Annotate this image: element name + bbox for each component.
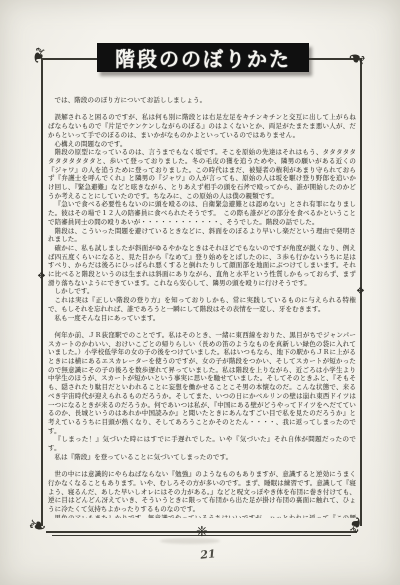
paragraph: これは実は『正しい階段の登り方』を知っておりしかも、常に実践しているものに与えら…	[48, 296, 356, 313]
paragraph: では、階段ののぼり方についてお話ししましょう。	[48, 96, 356, 105]
paragraph: 心構えの問題なのです。	[48, 140, 356, 149]
page-number: 21	[197, 547, 218, 562]
paragraph: 誤解されると困るのですが、私は何も別に階段とは右足左足をキチンキチンと交互に出し…	[48, 113, 356, 139]
frame-left-line	[41, 58, 43, 526]
floral-corner-top-left-icon: ❧	[25, 44, 50, 66]
body-text: では、階段ののぼり方についてお話ししましょう。誤解されると困るのですが、私は何も…	[48, 96, 356, 518]
paragraph: 私も一度そんな目にあっています。	[48, 314, 356, 323]
paragraph: 何年か前、ＪＲ荻窪駅でのことです。私はそのとき、一緒に東西線をおりた、黒目がちで…	[48, 331, 356, 435]
title-box: 階段ののぼりかた	[97, 43, 309, 72]
paragraph: 階段は、こういった問題を避けているときなどに、斜面をのぼるより早いし楽だという理…	[48, 227, 356, 244]
paragraph: 『しまった！』気づいた時にはすでに手遅れでした。いや『気づいた』それ自体が問題だ…	[48, 435, 356, 452]
scanned-page: ❧ ❧ ❧ ❧ ❖ ❖ ❈ 階段ののぼりかた では、階段ののぼり方についてお話し…	[0, 0, 400, 585]
paragraph: 男色のアレもまたしかりです。無意識でやっているうちはいいですが、ハッとわれに返っ…	[48, 514, 356, 518]
scan-smudge	[160, 538, 220, 544]
paragraph: 『急いで食べる必要性もないのに頭を殴るのは、自衛緊急避難とは認めない』とされ有罪…	[48, 200, 356, 226]
paragraph: 確かに、私も試しましたが斜面がゆるやかなときはそれほどでもないのですが角度が鋭く…	[48, 244, 356, 288]
paragraph: 世の中には意識的にやらねばならない『勉強』のようなものもありますが、意識すると逆…	[48, 470, 356, 514]
paragraph: 階段の原型になっているのは、言うまでもなく坂です。そこを原始の先達はそれはもう、…	[48, 148, 356, 200]
page-title: 階段ののぼりかた	[115, 43, 291, 72]
paragraph: しかしです。	[48, 287, 356, 296]
paragraph: 私は『階段』を登っていることに気づいてしまったのです。	[48, 453, 356, 462]
border-knot-left-icon: ❖	[37, 271, 46, 282]
border-knot-right-icon: ❖	[356, 286, 365, 297]
floral-corner-bottom-left-icon: ❧	[26, 515, 48, 540]
floral-corner-top-right-icon: ❧	[346, 45, 368, 70]
